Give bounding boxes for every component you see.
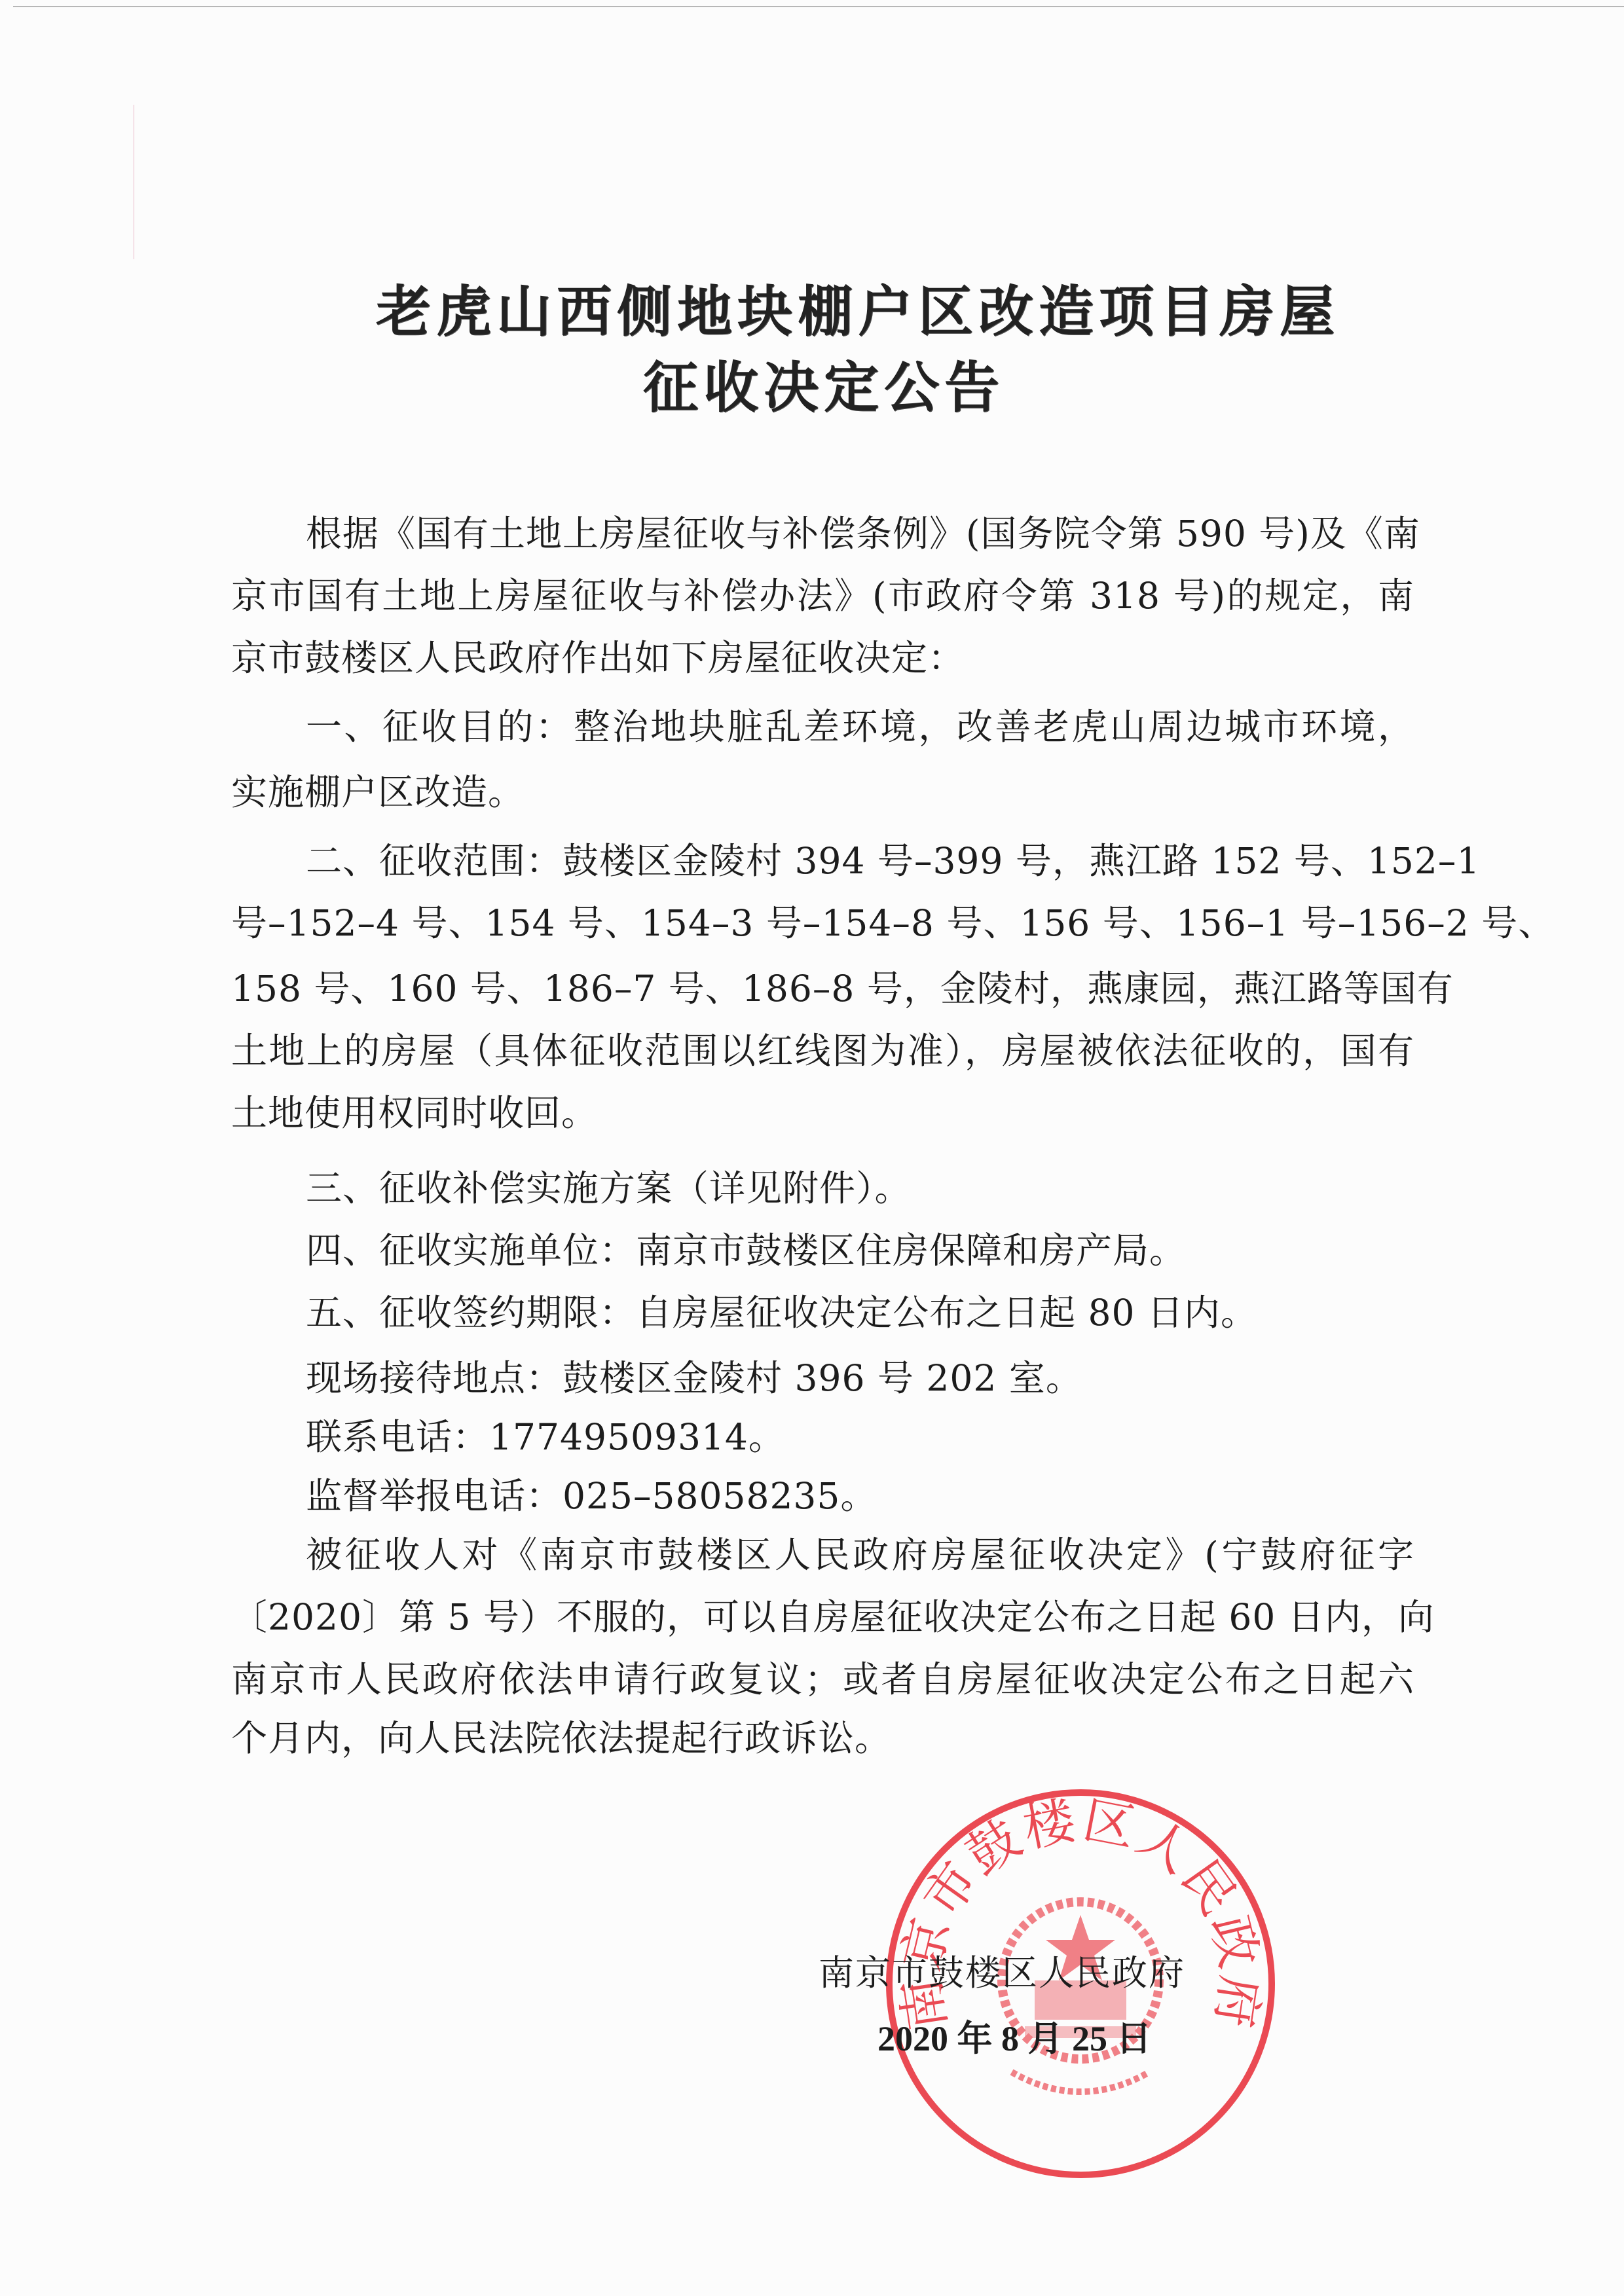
body-line: 监督举报电话：025–58058235。 xyxy=(306,1473,1414,1519)
body-line: 土地上的房屋（具体征收范围以红线图为准），房屋被依法征收的，国有 xyxy=(231,1028,1414,1074)
issuer-name: 南京市鼓楼区人民政府 xyxy=(819,1952,1185,1994)
body-line: 号–152–4 号、154 号、154–3 号–154–8 号、156 号、15… xyxy=(231,900,1414,946)
body-line: 京市鼓楼区人民政府作出如下房屋征收决定： xyxy=(231,635,1414,681)
body-line: 土地使用权同时收回。 xyxy=(231,1090,1414,1136)
document-page: 老虎山西侧地块棚户区改造项目房屋 征收决定公告 根据《国有土地上房屋征收与补偿条… xyxy=(0,0,1624,2296)
body-line: 〔2020〕第 5 号）不服的，可以自房屋征收决定公布之日起 60 日内，向 xyxy=(231,1594,1414,1640)
document-title-line-1: 老虎山西侧地块棚户区改造项目房屋 xyxy=(376,280,1340,343)
body-line: 二、征收范围：鼓楼区金陵村 394 号–399 号，燕江路 152 号、152–… xyxy=(306,838,1414,884)
body-line: 个月内，向人民法院依法提起行政诉讼。 xyxy=(231,1715,1414,1761)
scan-margin-mark xyxy=(134,105,134,259)
body-line: 158 号、160 号、186–7 号、186–8 号，金陵村，燕康园，燕江路等… xyxy=(231,966,1414,1011)
body-line: 根据《国有土地上房屋征收与补偿条例》(国务院令第 590 号)及《南 xyxy=(306,511,1414,556)
scan-edge-line xyxy=(13,6,1624,7)
body-line: 现场接待地点：鼓楼区金陵村 396 号 202 室。 xyxy=(306,1355,1414,1401)
issue-date: 2020 年 8 月 25 日 xyxy=(877,2018,1152,2060)
body-line: 京市国有土地上房屋征收与补偿办法》(市政府令第 318 号)的规定，南 xyxy=(231,573,1414,619)
body-line: 实施棚户区改造。 xyxy=(231,769,1414,815)
body-line: 四、征收实施单位：南京市鼓楼区住房保障和房产局。 xyxy=(306,1228,1414,1273)
body-line: 被征收人对《南京市鼓楼区人民政府房屋征收决定》(宁鼓府征字 xyxy=(306,1532,1414,1578)
body-line: 联系电话：17749509314。 xyxy=(306,1414,1414,1460)
document-title-line-2: 征收决定公告 xyxy=(643,356,1005,419)
body-line: 三、征收补偿实施方案（详见附件）。 xyxy=(306,1165,1414,1211)
body-line: 五、征收签约期限：自房屋征收决定公布之日起 80 日内。 xyxy=(306,1290,1414,1336)
body-line: 南京市人民政府依法申请行政复议；或者自房屋征收决定公布之日起六 xyxy=(231,1656,1414,1702)
body-line: 一、征收目的：整治地块脏乱差环境，改善老虎山周边城市环境， xyxy=(306,704,1414,750)
